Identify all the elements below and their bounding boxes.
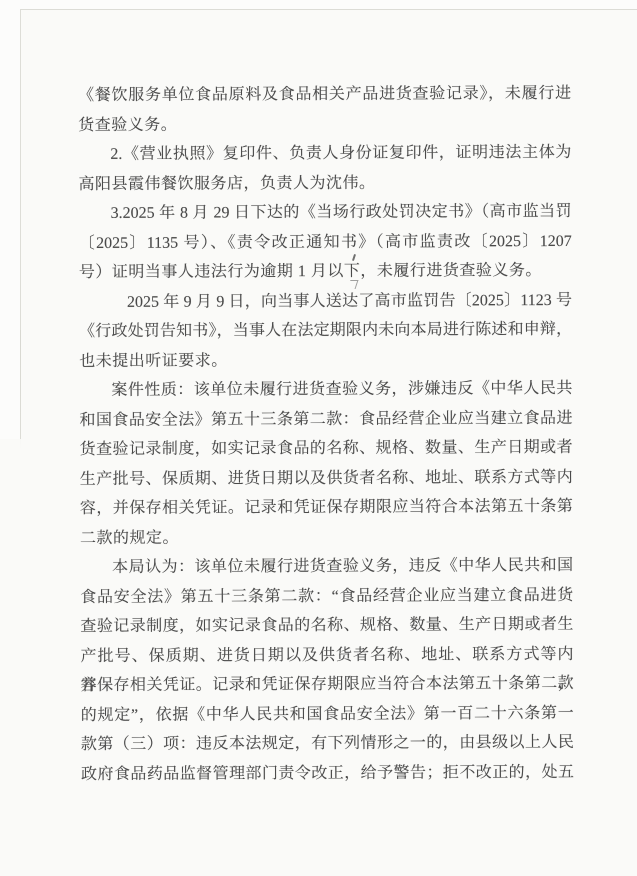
paper-edge-left-fade [20, 330, 21, 450]
text-line: 查验记录制度，如实记录食品的名称、规格、数量、生产日期或者生 [80, 610, 573, 642]
text-line: 生产批号、保质期、进货日期以及供货者名称、地址、联系方式等内 [80, 462, 573, 494]
text-line: 货查验记录制度，如实记录食品的名称、规格、数量、生产日期或者 [80, 433, 573, 465]
text-line: 《行政处罚告知书》，当事人在法定期限内未向本局进行陈述和申辩， [79, 315, 572, 347]
text-line: 2.《营业执照》复印件、负责人身份证复印件，证明违法主体为 [78, 138, 571, 170]
paper-edge-left [0, 9, 21, 439]
text-line: 〔2025〕1135 号）、《责令改正通知书》（高市监责改〔2025〕1207 [79, 226, 572, 258]
text-line: 和国食品安全法》第五十三条第二款：食品经营企业应当建立食品进 [79, 403, 572, 435]
text-line: 3.2025 年 8 月 29 日下达的《当场行政处罚决定书》（高市监当罚 [79, 197, 572, 229]
text-line: 产批号、保质期、进货日期以及供货者名称、地址、联系方式等内容， [80, 639, 573, 671]
text-line: 货查验义务。 [78, 108, 571, 140]
text-line: 并保存相关凭证。记录和凭证保存期限应当符合本法第五十条第二款 [81, 669, 574, 701]
text-line: 本局认为：该单位未履行进货查验义务，违反《中华人民共和国 [80, 551, 573, 583]
text-line: 款第（三）项：违反本法规定，有下列情形之一的，由县级以上人民 [81, 728, 574, 760]
text-line: 《餐饮服务单位食品原料及食品相关产品进货查验记录》，未履行进 [78, 79, 571, 111]
scanned-document-page: 《餐饮服务单位食品原料及食品相关产品进货查验记录》，未履行进 货查验义务。 2.… [78, 79, 574, 789]
text-line: 号）证明当事人违法行为逾期 1 月以下，未履行进货查验义务。 [79, 256, 572, 288]
text-line: 容，并保存相关凭证。记录和凭证保存期限应当符合本法第五十条第 [80, 492, 573, 524]
text-line: 的规定”，依据《中华人民共和国食品安全法》第一百二十六条第一 [81, 698, 574, 730]
scan-artifact-mark [152, 416, 155, 419]
text-line: 高阳县霞伟餐饮服务店，负责人为沈伟。 [78, 167, 571, 199]
text-line: 食品安全法》第五十三条第二款：“食品经营企业应当建立食品进货 [80, 580, 573, 612]
text-line: 也未提出听证要求。 [79, 344, 572, 376]
text-line: 2025 年 9 月 9 日，向当事人送达了高市监罚告〔2025〕1123 号 [79, 285, 572, 317]
text-line: 二款的规定。 [80, 521, 573, 553]
text-line: 政府食品药品监督管理部门责令改正，给予警告；拒不改正的，处五 [81, 757, 574, 789]
paper-edge-top [0, 0, 637, 10]
text-line: 案件性质：该单位未履行进货查验义务，涉嫌违反《中华人民共 [79, 374, 572, 406]
